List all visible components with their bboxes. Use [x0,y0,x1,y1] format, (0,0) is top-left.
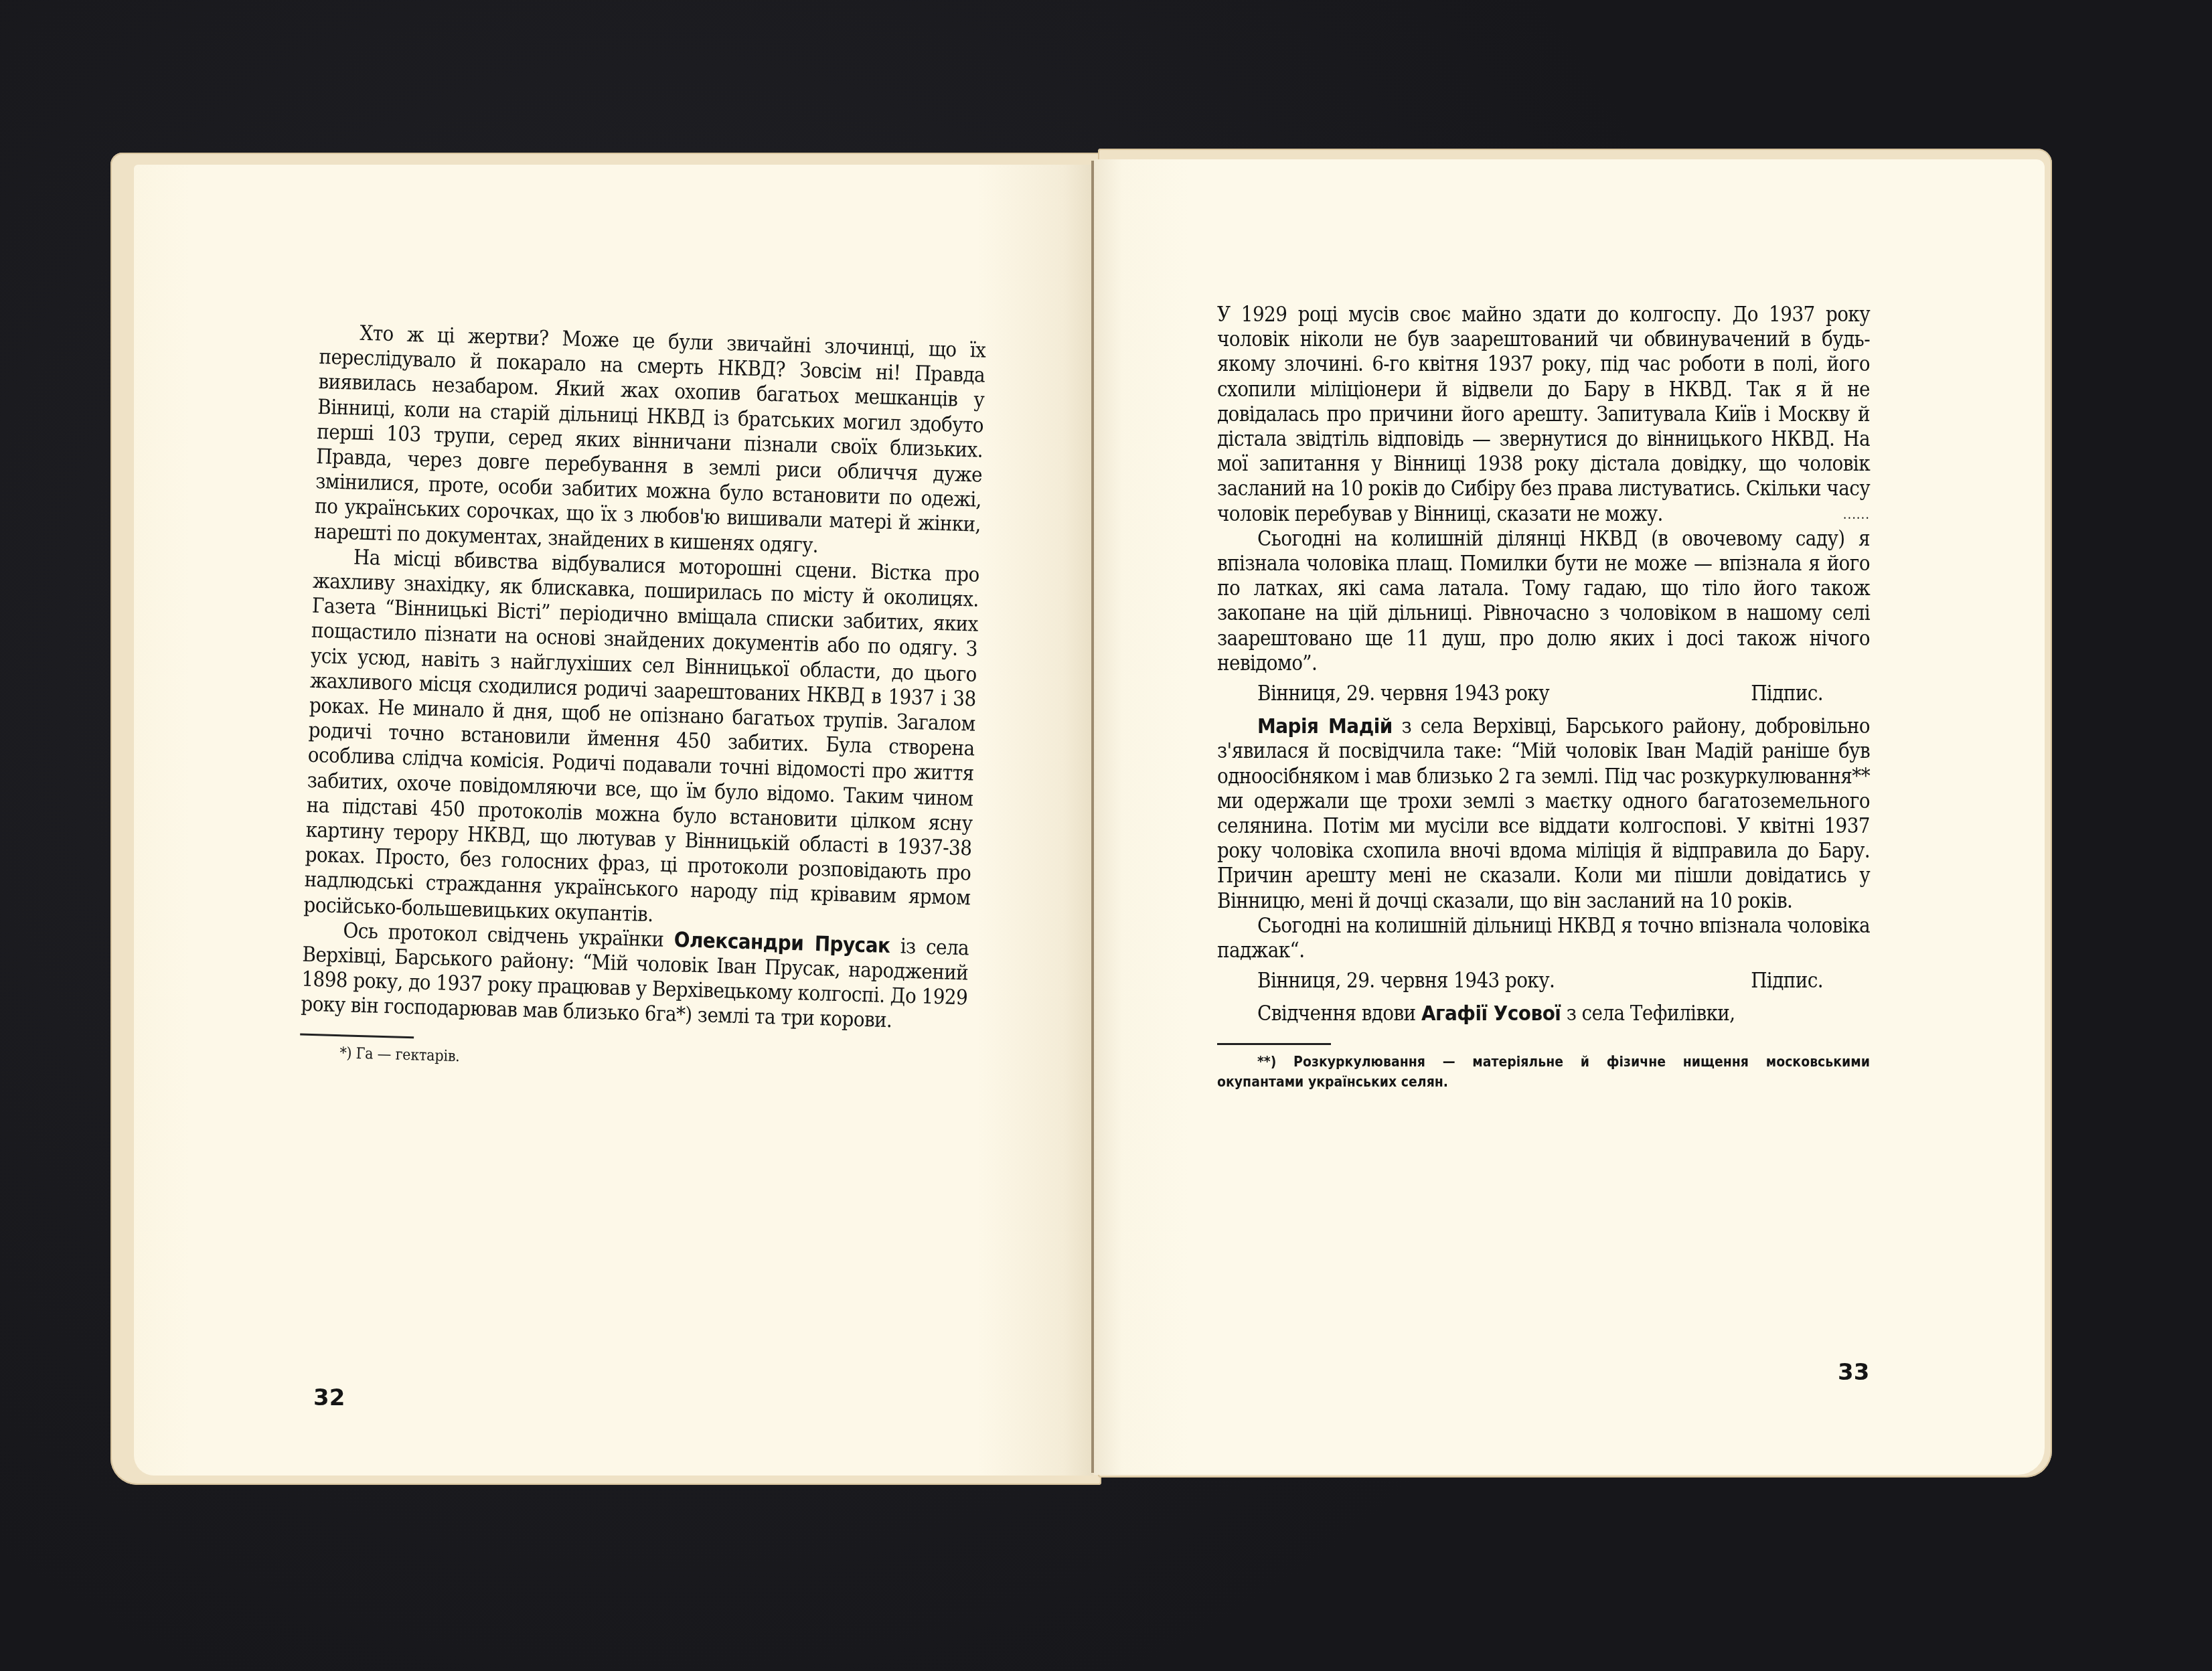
page-number: 33 [1838,1359,1869,1386]
footnote: **) Розкуркулювання — матеріяльне й фізи… [1217,1052,1870,1092]
testimony-paragraph: Свідчення вдови Агафії Усової з села Теф… [1217,1002,1870,1026]
right-page-text: У 1929 році мусів своє майно здати до ко… [1217,303,1870,1092]
signature-line: Вінниця, 29. червня 1943 року Підпис. [1217,682,1870,706]
paragraph: Хто ж ці жертви? Може це були звичайні з… [314,320,986,562]
signature-line: Вінниця, 29. червня 1943 року. Підпис. [1217,969,1870,993]
open-book: Хто ж ці жертви? Може це були звичайні з… [0,0,2212,1671]
testimony-text: з села Верхівці, Барського району, добро… [1217,714,1870,912]
book-gutter [1091,161,1094,1473]
left-page-text: Хто ж ці жертви? Може це були звичайні з… [299,320,986,1081]
place-date: Вінниця, 29. червня 1943 року [1257,682,1549,706]
witness-name: Марія Мадій [1257,714,1393,738]
footnote-divider [1217,1043,1331,1045]
paragraph: У 1929 році мусів своє майно здати до ко… [1217,303,1870,527]
testimony-paragraph: Марія Мадій з села Верхівці, Барського р… [1217,714,1870,914]
page-number: 32 [313,1384,345,1411]
paragraph: Сьогодні на колишній ділянці НКВД (в ово… [1217,527,1870,676]
place-date: Вінниця, 29. червня 1943 року. [1257,969,1555,993]
paragraph: На місці вбивства відбувалися моторошні … [303,544,979,937]
witness-name: Агафії Усової [1421,1002,1561,1026]
paragraph-text: У 1929 році мусів своє майно здати до ко… [1217,303,1870,526]
footnote-divider [300,1033,414,1038]
testimony-before: Свідчення вдови [1257,1002,1421,1026]
testimony-intro-paragraph: Ось протокол свідчень українки Олександр… [301,918,969,1036]
ellipsis-mark: ...... [1843,502,1870,527]
signature: Підпис. [1751,682,1823,706]
paragraph: Сьогодні на колишній дільниці НКВД я точ… [1217,914,1870,963]
signature: Підпис. [1751,969,1823,993]
testimony-after: з села Тефилівки, [1561,1002,1735,1026]
